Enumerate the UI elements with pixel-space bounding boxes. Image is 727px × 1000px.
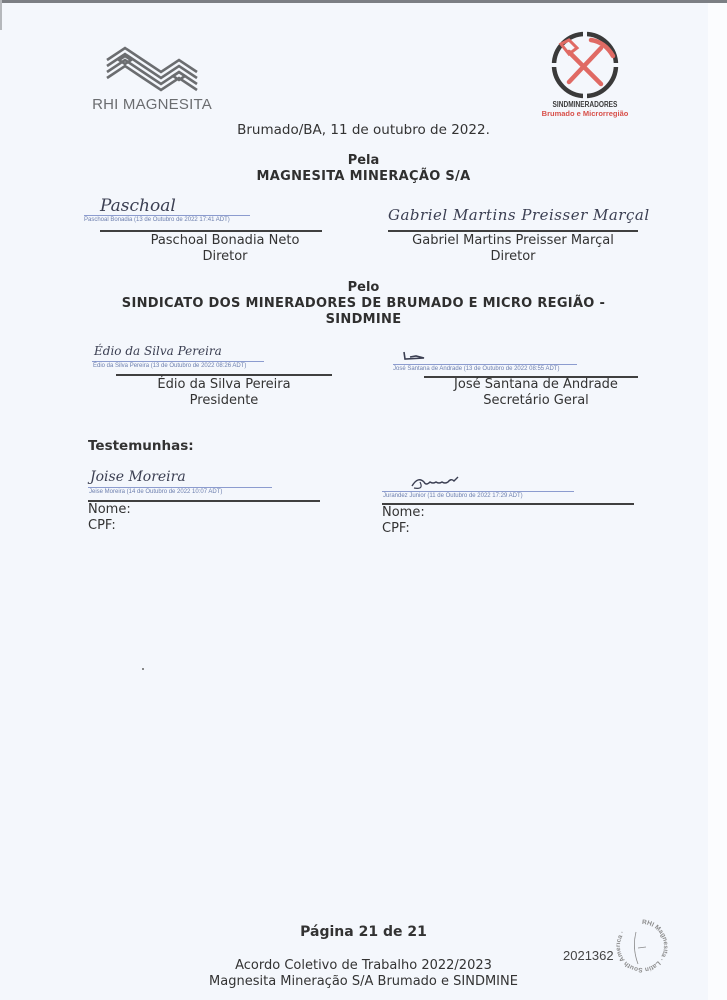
signatory-role: Presidente: [104, 393, 344, 408]
sindmineradores-subtitle: Brumado e Microrregião: [530, 109, 640, 118]
union-prefix: Pelo: [0, 280, 727, 295]
signature-witness-1: Joise Moreira: [90, 469, 186, 485]
signature-gabriel: Gabriel Martins Preisser Marçal: [388, 206, 650, 224]
signatory-name: José Santana de Andrade: [416, 377, 656, 392]
crossed-pick-shovel-icon: [547, 30, 623, 100]
company-name: MAGNESITA MINERAÇÃO S/A: [0, 169, 727, 184]
stamp-underline: [382, 491, 574, 492]
witness-cpf-label: CPF:: [382, 521, 410, 536]
stamp-underline: [393, 364, 577, 365]
signatory-name: Gabriel Martins Preisser Marçal: [388, 233, 638, 248]
e-signature-stamp: Paschoal Bonadia (13 de Outubro de 2022 …: [84, 217, 230, 223]
signatory-role: Diretor: [100, 249, 350, 264]
e-signature-stamp: Jeise Moreira (14 de Outubro de 2022 10:…: [89, 489, 222, 495]
scan-left-edge: [0, 0, 2, 30]
e-signature-stamp: Jurandez Junior (11 de Outubro de 2022 1…: [383, 493, 523, 499]
signatory-name: Paschoal Bonadia Neto: [100, 233, 350, 248]
rhi-magnesita-logo: RHI MAGNESITA: [92, 44, 212, 114]
svg-text:RHI Magnesita · Latin South Am: RHI Magnesita · Latin South America ·: [616, 919, 668, 973]
e-signature-stamp: José Santana de Andrade (13 de Outubro d…: [393, 366, 559, 372]
union-name-short: SINDMINE: [0, 312, 727, 327]
document-id: 2021362: [563, 948, 614, 963]
scan-top-edge: [0, 0, 727, 3]
signature-line: [116, 374, 332, 376]
witnesses-title: Testemunhas:: [88, 438, 194, 454]
e-signature-stamp: Édio da Silva Pereira (13 de Outubro de …: [93, 363, 246, 369]
witness-cpf-label: CPF:: [88, 518, 116, 533]
stamp-underline: [88, 487, 272, 488]
witness-name-label: Nome:: [88, 502, 131, 517]
seal-text: RHI Magnesita · Latin South America ·: [616, 919, 668, 973]
company-seal-icon: RHI Magnesita · Latin South America ·: [616, 918, 668, 976]
signature-line: [100, 230, 322, 232]
scan-speck: [142, 668, 144, 670]
signatory-name: Édio da Silva Pereira: [104, 377, 344, 392]
rhi-magnesita-logo-icon: [105, 44, 199, 92]
stamp-underline: [84, 215, 250, 216]
witness-name-label: Nome:: [382, 505, 425, 520]
signature-edio: Édio da Silva Pereira: [94, 344, 222, 358]
signature-witness-2: [410, 474, 462, 490]
signature-jose: [402, 351, 426, 361]
union-name: SINDICATO DOS MINERADORES DE BRUMADO E M…: [0, 296, 727, 311]
signature-paschoal: Paschoal: [100, 196, 176, 216]
signatory-role: Secretário Geral: [416, 393, 656, 408]
sindmineradores-logo: SINDMINERADORES Brumado e Microrregião: [530, 30, 640, 120]
company-prefix: Pela: [0, 153, 727, 168]
place-date: Brumado/BA, 11 de outubro de 2022.: [0, 122, 727, 138]
signature-line: [388, 230, 638, 232]
signatory-role: Diretor: [388, 249, 638, 264]
sindmineradores-title: SINDMINERADORES: [540, 100, 630, 109]
stamp-underline: [92, 361, 264, 362]
footer-line-2: Magnesita Mineração S/A Brumado e SINDMI…: [0, 974, 727, 989]
rhi-magnesita-wordmark: RHI MAGNESITA: [92, 96, 212, 113]
